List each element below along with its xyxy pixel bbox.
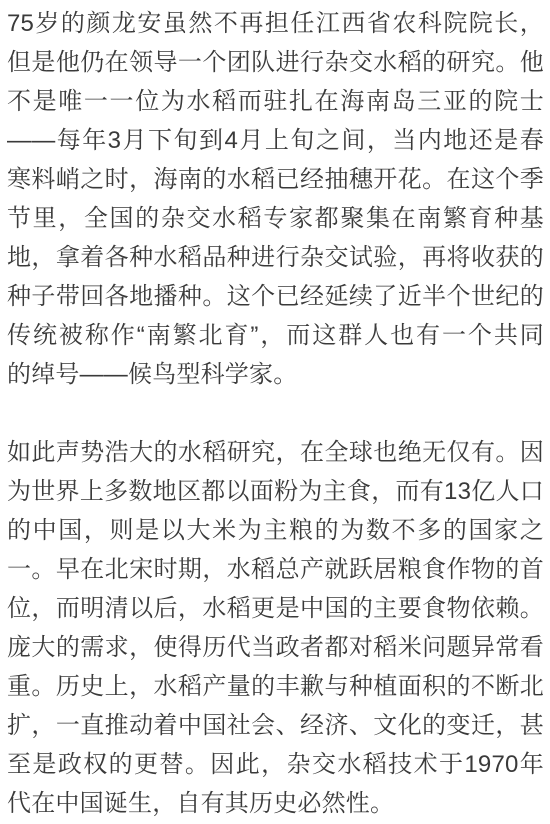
text-line: ——每年3月下旬到4月上旬之间，当内地还是春 (7, 121, 544, 160)
text-line: 传统被称作“南繁北育”，而这群人也有一个共同 (7, 316, 544, 355)
text-line: 庞大的需求，使得历代当政者都对稻米问题异常看 (7, 628, 544, 667)
text-line: 寒料峭之时，海南的水稻已经抽穗开花。在这个季 (7, 160, 544, 199)
text-line: 重。历史上，水稻产量的丰歉与种植面积的不断北 (7, 667, 544, 706)
text-line: 但是他仍在领导一个团队进行杂交水稻的研究。他 (7, 43, 544, 82)
text-line: 一。早在北宋时期，水稻总产就跃居粮食作物的首 (7, 550, 544, 589)
text-line: 如此声势浩大的水稻研究，在全球也绝无仅有。因 (7, 433, 544, 472)
text-line: 位，而明清以后，水稻更是中国的主要食物依赖。 (7, 589, 544, 628)
text-line: 种子带回各地播种。这个已经延续了近半个世纪的 (7, 277, 544, 316)
text-line: 扩，一直推动着中国社会、经济、文化的变迁，甚 (7, 706, 544, 745)
article-page: 75岁的颜龙安虽然不再担任江西省农科院院长， 但是他仍在领导一个团队进行杂交水稻… (0, 0, 550, 824)
text-line: 地，拿着各种水稻品种进行杂交试验，再将收获的 (7, 238, 544, 277)
paragraph-1: 75岁的颜龙安虽然不再担任江西省农科院院长， 但是他仍在领导一个团队进行杂交水稻… (7, 4, 544, 394)
text-line: 节里，全国的杂交水稻专家都聚集在南繁育种基 (7, 199, 544, 238)
text-line: 不是唯一一位为水稻而驻扎在海南岛三亚的院士 (7, 82, 544, 121)
text-line: 至是政权的更替。因此，杂交水稻技术于1970年 (7, 745, 544, 784)
text-line: 的中国，则是以大米为主粮的为数不多的国家之 (7, 511, 544, 550)
text-line: 代在中国诞生，自有其历史必然性。 (7, 784, 544, 823)
text-line: 为世界上多数地区都以面粉为主食，而有13亿人口 (7, 472, 544, 511)
text-line: 的绰号——候鸟型科学家。 (7, 355, 544, 394)
article-text: 75岁的颜龙安虽然不再担任江西省农科院院长， 但是他仍在领导一个团队进行杂交水稻… (0, 0, 550, 823)
text-line: 75岁的颜龙安虽然不再担任江西省农科院院长， (7, 4, 544, 43)
paragraph-2: 如此声势浩大的水稻研究，在全球也绝无仅有。因 为世界上多数地区都以面粉为主食，而… (7, 433, 544, 823)
